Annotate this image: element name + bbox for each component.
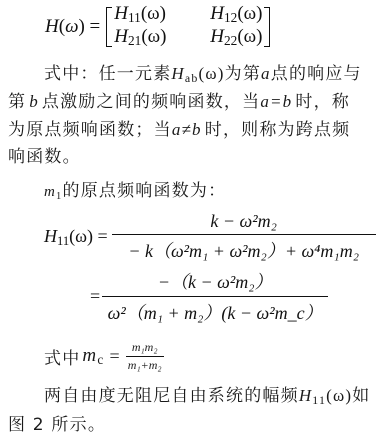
eq2-denominator: ω²（m₁ + m₂）(k − ω²m_c）: [102, 296, 328, 325]
equation-h11-simplified: = −（k − ω²m₂） ω²（m₁ + m₂）(k − ω²m_c）: [90, 268, 326, 325]
para1-line3: 为原点频响函数；当a≠b时，则称为跨点频: [8, 115, 350, 140]
eq1-denominator: − k（ω²m₁ + ω²m₂）+ ω⁴m₁m₂: [112, 234, 376, 263]
para2-line2: 图 2 所示。: [8, 410, 106, 433]
mc-definition: 式中 mc = m₁m₂ m₁+m₂: [44, 340, 164, 373]
matrix-row-2: H21(ω)H22(ω): [114, 27, 262, 50]
para1-line4: 响函数。: [8, 142, 81, 167]
mc-fraction: m₁m₂ m₁+m₂: [126, 340, 164, 373]
m1-intro: m1的原点频响函数为：: [44, 176, 226, 202]
para2-line1: 两自由度无阻尼自由系统的幅频H11(ω)如: [44, 381, 370, 408]
left-bracket: [106, 7, 112, 47]
matrix-equation: H(ω) = H11(ω)H12(ω) H21(ω)H22(ω): [45, 4, 270, 50]
eq1-lhs: H11(ω) =: [44, 226, 108, 249]
equation-h11: H11(ω) = k − ω²m₂ − k（ω²m₁ + ω²m₂）+ ω⁴m₁…: [44, 211, 374, 263]
matrix-body: H11(ω)H12(ω) H21(ω)H22(ω): [114, 4, 262, 50]
para1-line1: 式中：任一元素Hab(ω)为第a点的响应与: [44, 59, 362, 86]
right-bracket: [264, 7, 270, 47]
matrix-lhs: H(ω) =: [45, 16, 100, 38]
eq2-equals: =: [90, 286, 100, 307]
eq2-fraction: −（k − ω²m₂） ω²（m₁ + m₂）(k − ω²m_c）: [104, 268, 326, 325]
eq2-numerator: −（k − ω²m₂）: [156, 268, 275, 296]
eq1-fraction: k − ω²m₂ − k（ω²m₁ + ω²m₂）+ ω⁴m₁m₂: [114, 211, 374, 263]
para1-line2: 第b点激励之间的频响函数，当a=b时，称: [8, 87, 350, 112]
matrix-row-1: H11(ω)H12(ω): [114, 4, 262, 27]
eq1-numerator: k − ω²m₂: [208, 211, 279, 234]
